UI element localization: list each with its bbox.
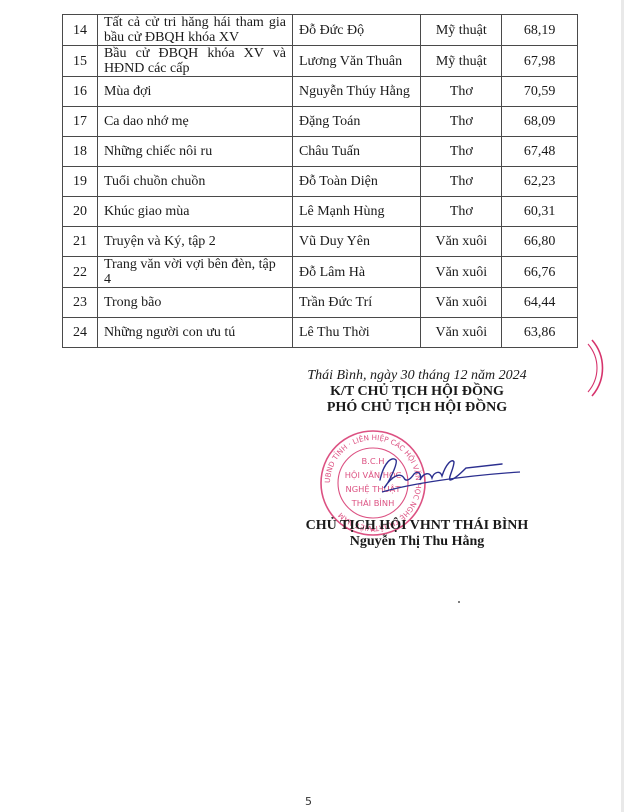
author-name-cell: Đặng Toán [292, 107, 421, 137]
signature-block: Thái Bình, ngày 30 tháng 12 năm 2024 K/T… [282, 368, 552, 550]
row-number-cell: 19 [63, 167, 98, 197]
table-row: 16Mùa đợiNguyễn Thúy HằngThơ70,59 [63, 77, 578, 107]
score-cell: 68,09 [502, 107, 578, 137]
work-title-cell: Những người con ưu tú [97, 318, 292, 348]
row-number-cell: 18 [63, 137, 98, 167]
author-name-cell: Lê Mạnh Hùng [292, 197, 421, 227]
score-cell: 63,86 [502, 318, 578, 348]
genre-cell: Văn xuôi [421, 257, 502, 288]
signer-title: CHỦ TỊCH HỘI VHNT THÁI BÌNH [282, 518, 552, 534]
table-row: 14Tất cả cử tri hăng hái tham gia bầu cử… [63, 15, 578, 46]
author-name-cell: Đỗ Đức Độ [292, 15, 421, 46]
table-row: 22Trang văn vời vợi bên đèn, tập 4Đỗ Lâm… [63, 257, 578, 288]
score-cell: 67,98 [502, 46, 578, 77]
place-date: Thái Bình, ngày 30 tháng 12 năm 2024 [282, 368, 552, 384]
work-title-cell: Những chiếc nôi ru [97, 137, 292, 167]
page-number: 5 [305, 795, 312, 808]
score-cell: 66,76 [502, 257, 578, 288]
row-number-cell: 23 [63, 288, 98, 318]
on-behalf-title: K/T CHỦ TỊCH HỘI ĐỒNG [282, 384, 552, 400]
work-title-cell: Truyện và Ký, tập 2 [97, 227, 292, 257]
table-row: 18Những chiếc nôi ruChâu TuấnThơ67,48 [63, 137, 578, 167]
awards-table: 14Tất cả cử tri hăng hái tham gia bầu cử… [62, 14, 578, 348]
author-name-cell: Vũ Duy Yên [292, 227, 421, 257]
table-row: 24Những người con ưu túLê Thu ThờiVăn xu… [63, 318, 578, 348]
work-title-cell: Trang văn vời vợi bên đèn, tập 4 [97, 257, 292, 288]
work-title-cell: Mùa đợi [97, 77, 292, 107]
row-number-cell: 20 [63, 197, 98, 227]
work-title-cell: Khúc giao mùa [97, 197, 292, 227]
score-cell: 66,80 [502, 227, 578, 257]
genre-cell: Thơ [421, 137, 502, 167]
score-cell: 70,59 [502, 77, 578, 107]
partial-stamp-edge [584, 338, 608, 398]
genre-cell: Thơ [421, 167, 502, 197]
work-title-cell: Tất cả cử tri hăng hái tham gia bầu cử Đ… [97, 15, 292, 46]
genre-cell: Mỹ thuật [421, 15, 502, 46]
score-cell: 60,31 [502, 197, 578, 227]
table-row: 15Bầu cử ĐBQH khóa XV và HĐND các cấpLươ… [63, 46, 578, 77]
score-cell: 67,48 [502, 137, 578, 167]
row-number-cell: 17 [63, 107, 98, 137]
genre-cell: Văn xuôi [421, 227, 502, 257]
row-number-cell: 14 [63, 15, 98, 46]
table-row: 19Tuổi chuồn chuồnĐỗ Toàn DiệnThơ62,23 [63, 167, 578, 197]
genre-cell: Văn xuôi [421, 288, 502, 318]
score-cell: 64,44 [502, 288, 578, 318]
score-cell: 62,23 [502, 167, 578, 197]
row-number-cell: 22 [63, 257, 98, 288]
author-name-cell: Đỗ Lâm Hà [292, 257, 421, 288]
work-title-cell: Tuổi chuồn chuồn [97, 167, 292, 197]
scan-speck [458, 601, 460, 603]
author-name-cell: Lương Văn Thuân [292, 46, 421, 77]
table-row: 17Ca dao nhớ mẹĐặng ToánThơ68,09 [63, 107, 578, 137]
signer-position: PHÓ CHỦ TỊCH HỘI ĐỒNG [282, 400, 552, 416]
genre-cell: Văn xuôi [421, 318, 502, 348]
genre-cell: Thơ [421, 107, 502, 137]
row-number-cell: 16 [63, 77, 98, 107]
genre-cell: Thơ [421, 197, 502, 227]
row-number-cell: 21 [63, 227, 98, 257]
genre-cell: Mỹ thuật [421, 46, 502, 77]
work-title-cell: Ca dao nhớ mẹ [97, 107, 292, 137]
work-title-cell: Bầu cử ĐBQH khóa XV và HĐND các cấp [97, 46, 292, 77]
genre-cell: Thơ [421, 77, 502, 107]
row-number-cell: 15 [63, 46, 98, 77]
work-title-cell: Trong bão [97, 288, 292, 318]
author-name-cell: Châu Tuấn [292, 137, 421, 167]
table-row: 23Trong bãoTrần Đức TríVăn xuôi64,44 [63, 288, 578, 318]
score-cell: 68,19 [502, 15, 578, 46]
author-name-cell: Lê Thu Thời [292, 318, 421, 348]
table-row: 20Khúc giao mùaLê Mạnh HùngThơ60,31 [63, 197, 578, 227]
signer-name: Nguyễn Thị Thu Hằng [282, 534, 552, 550]
table-row: 21Truyện và Ký, tập 2Vũ Duy YênVăn xuôi6… [63, 227, 578, 257]
author-name-cell: Nguyễn Thúy Hằng [292, 77, 421, 107]
author-name-cell: Trần Đức Trí [292, 288, 421, 318]
row-number-cell: 24 [63, 318, 98, 348]
author-name-cell: Đỗ Toàn Diện [292, 167, 421, 197]
